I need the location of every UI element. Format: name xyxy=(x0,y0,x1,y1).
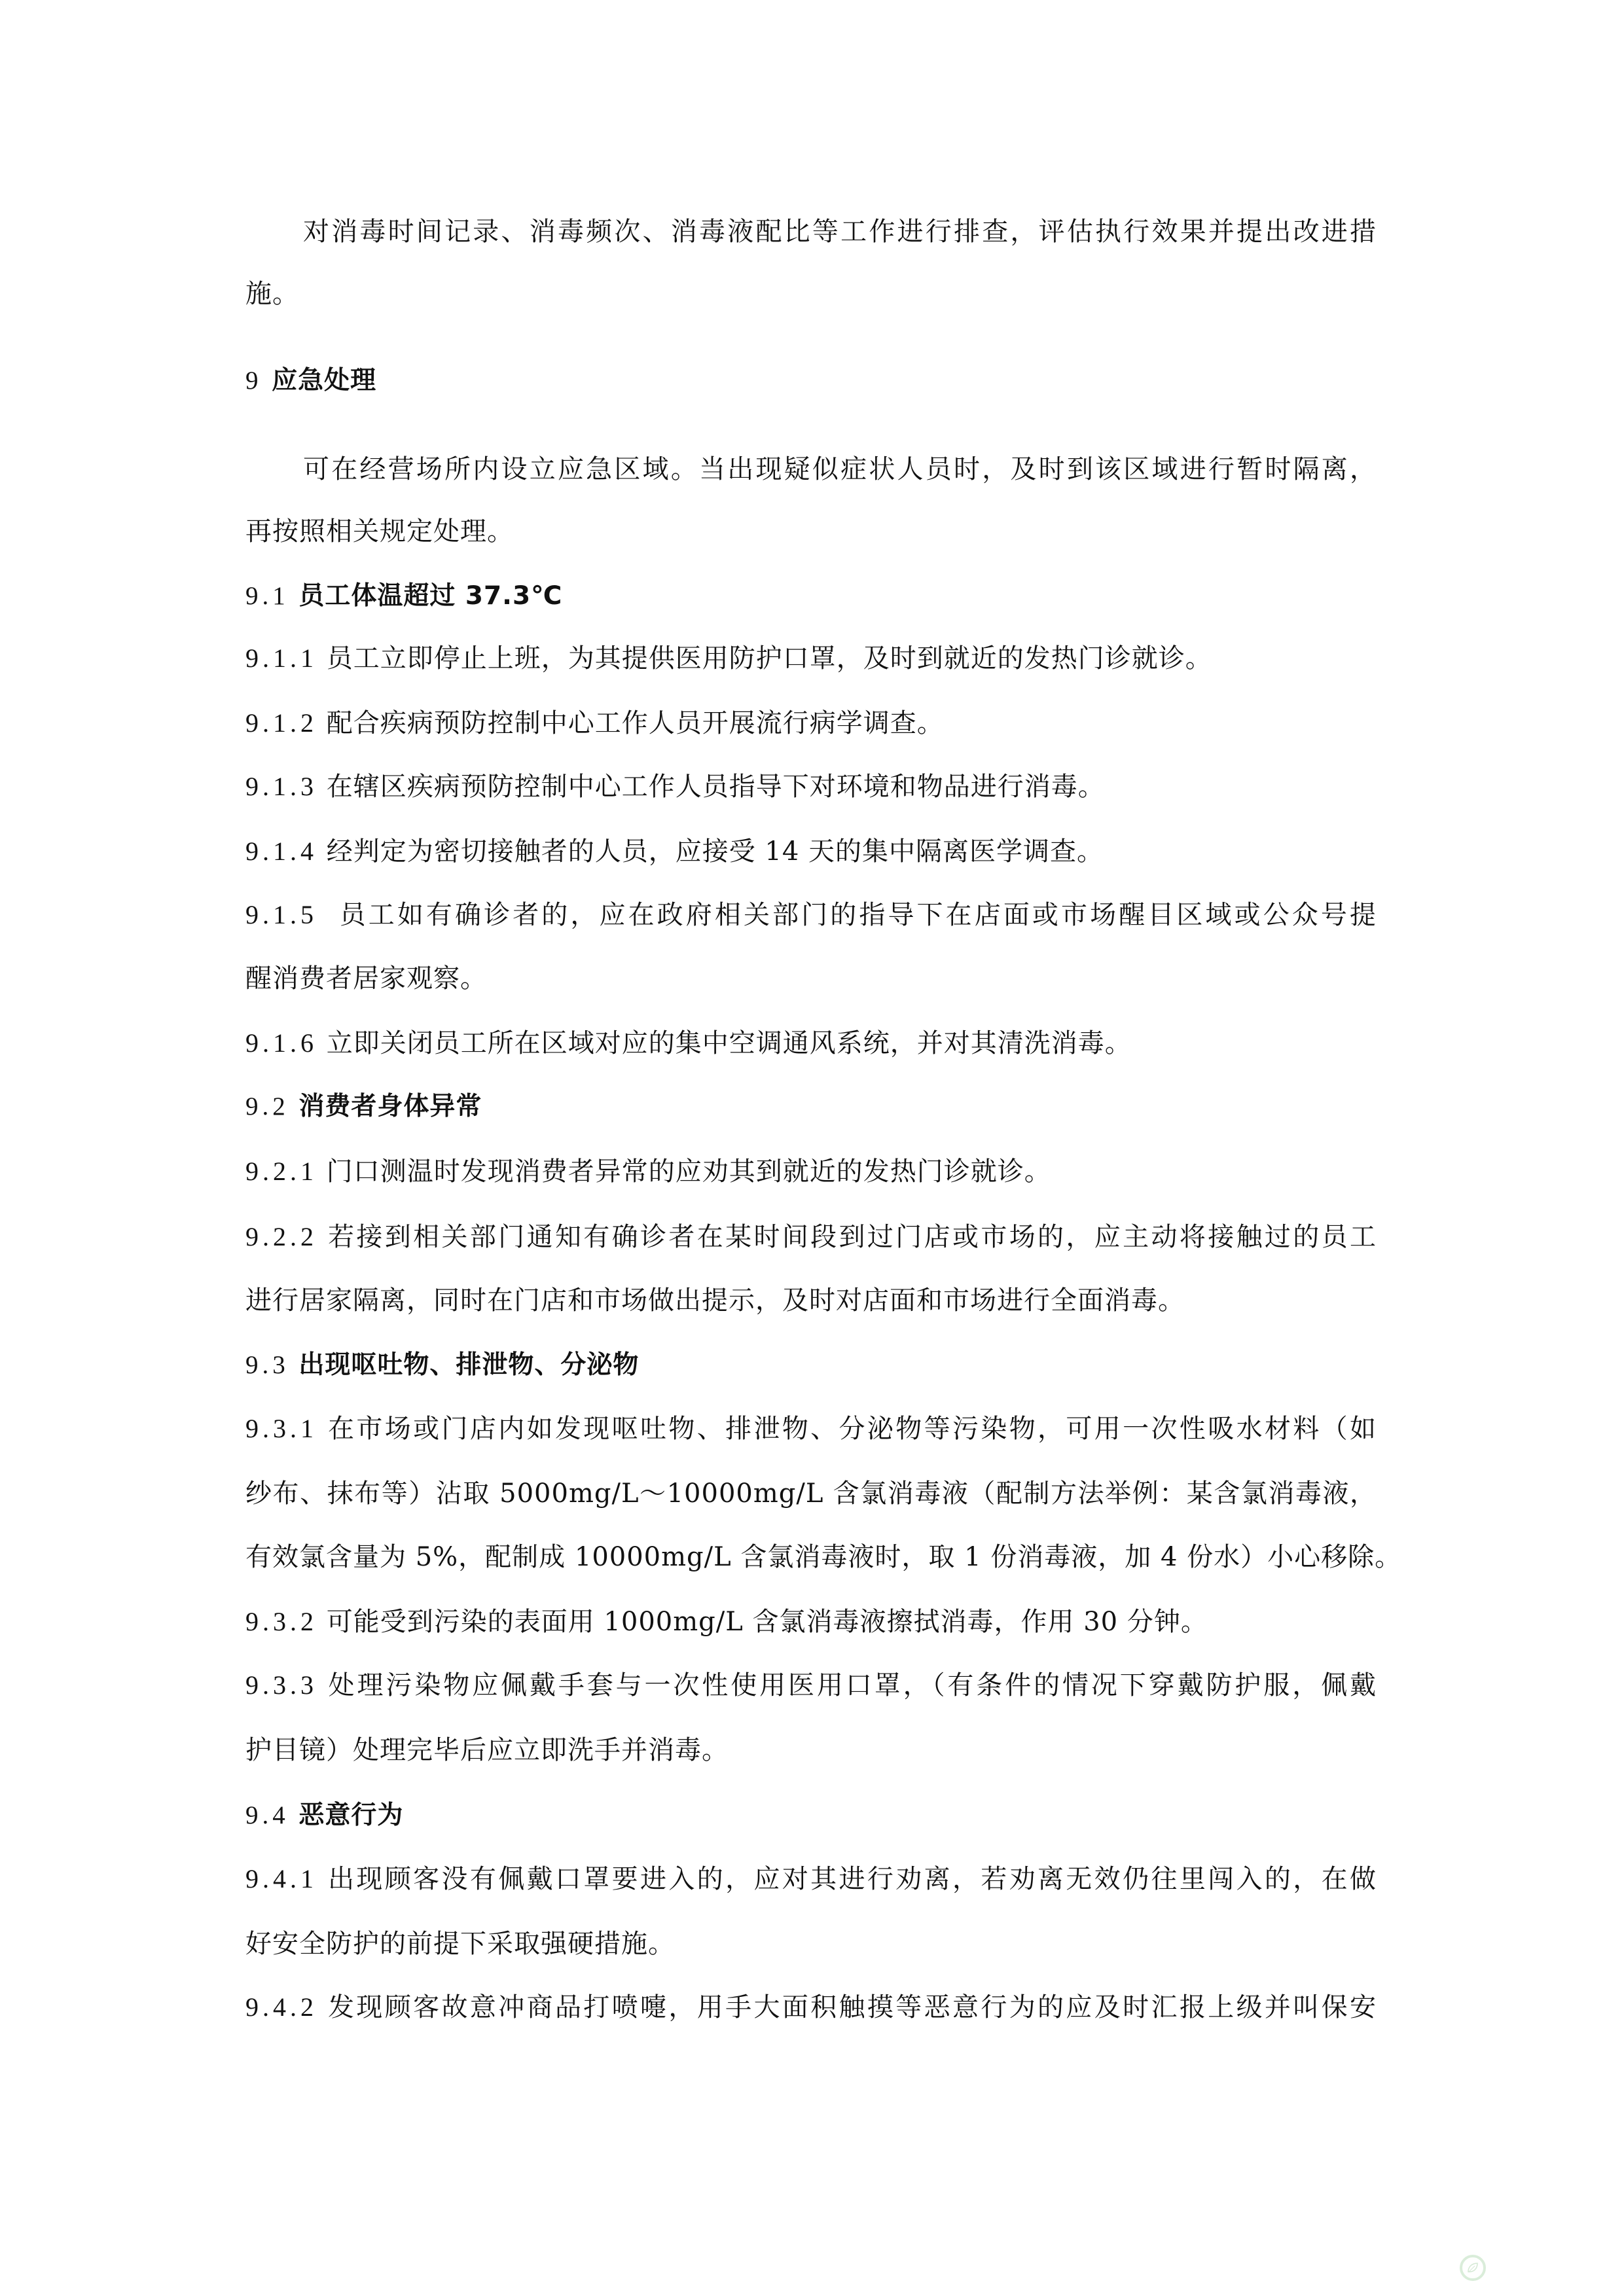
clause-text: 配合疾病预防控制中心工作人员开展流行病学调查。 xyxy=(327,708,944,738)
clause-text: 可能受到污染的表面用 1000mg/L 含氯消毒液擦拭消毒，作用 30 分钟。 xyxy=(327,1607,1208,1637)
subsection-heading: 9.1 员工体温超过 37.3℃ xyxy=(245,577,1377,616)
clause-text: 立即关闭员工所在区域对应的集中空调通风系统，并对其清洗消毒。 xyxy=(327,1028,1132,1058)
clause-number: 9.3.1 xyxy=(245,1414,317,1443)
clause-item: 9.3.2 可能受到污染的表面用 1000mg/L 含氯消毒液擦拭消毒，作用 3… xyxy=(245,1602,1377,1641)
clause-number: 9.1.2 xyxy=(245,708,317,738)
subsection-heading: 9.4 恶意行为 xyxy=(245,1796,1377,1835)
section-heading: 9 应急处理 xyxy=(245,361,1377,401)
section-number: 9 xyxy=(245,367,262,395)
section-number: 9.2 xyxy=(245,1092,289,1121)
clause-number: 9.4.1 xyxy=(245,1864,317,1893)
paragraph-line: 纱布、抹布等）沾取 5000mg/L～10000mg/L 含氯消毒液（配制方法举… xyxy=(245,1474,1377,1513)
clause-text: 出现顾客没有佩戴口罩要进入的，应对其进行劝离，若劝离无效仍往里闯入的，在做 xyxy=(328,1864,1377,1894)
subsection-heading: 9.3 出现呕吐物、排泄物、分泌物 xyxy=(245,1346,1377,1385)
clause-text: 发现顾客故意冲商品打喷嚏，用手大面积触摸等恶意行为的应及时汇报上级并叫保安 xyxy=(328,1992,1377,2022)
clause-number: 9.1.6 xyxy=(245,1028,317,1058)
paragraph-line: 好安全防护的前提下采取强硬措施。 xyxy=(245,1924,1377,1964)
clause-item: 9.1.1 员工立即停止上班，为其提供医用防护口罩，及时到就近的发热门诊就诊。 xyxy=(245,639,1377,678)
clause-text: 若接到相关部门通知有确诊者在某时间段到过门店或市场的，应主动将接触过的员工 xyxy=(328,1222,1377,1252)
paragraph-line: 有效氯含量为 5%，配制成 10000mg/L 含氯消毒液时，取 1 份消毒液，… xyxy=(245,1537,1377,1577)
section-title: 员工体温超过 37.3℃ xyxy=(298,581,562,611)
leaf-seal-icon xyxy=(1460,2255,1486,2281)
clause-text: 处理污染物应佩戴手套与一次性使用医用口罩，（有条件的情况下穿戴防护服，佩戴 xyxy=(329,1670,1377,1700)
paragraph-line: 护目镜）处理完毕后应立即洗手并消毒。 xyxy=(245,1731,1377,1770)
clause-text: 在市场或门店内如发现呕吐物、排泄物、分泌物等污染物，可用一次性吸水材料（如 xyxy=(328,1414,1377,1444)
section-number: 9.4 xyxy=(245,1801,289,1829)
clause-item: 9.3.1 在市场或门店内如发现呕吐物、排泄物、分泌物等污染物，可用一次性吸水材… xyxy=(245,1409,1377,1448)
clause-number: 9.3.2 xyxy=(245,1607,317,1636)
section-title: 消费者身体异常 xyxy=(298,1092,482,1121)
clause-item: 9.4.1 出现顾客没有佩戴口罩要进入的，应对其进行劝离，若劝离无效仍往里闯入的… xyxy=(245,1859,1377,1899)
paragraph-line: 可在经营场所内设立应急区域。当出现疑似症状人员时，及时到该区域进行暂时隔离， xyxy=(245,450,1377,489)
clause-item: 9.4.2 发现顾客故意冲商品打喷嚏，用手大面积触摸等恶意行为的应及时汇报上级并… xyxy=(245,1988,1377,2027)
section-title: 出现呕吐物、排泄物、分泌物 xyxy=(298,1350,639,1380)
clause-item: 9.2.2 若接到相关部门通知有确诊者在某时间段到过门店或市场的，应主动将接触过… xyxy=(245,1217,1377,1257)
clause-number: 9.3.3 xyxy=(245,1670,317,1700)
section-title: 恶意行为 xyxy=(298,1801,403,1830)
clause-text: 经判定为密切接触者的人员，应接受 14 天的集中隔离医学调查。 xyxy=(327,836,1104,867)
clause-item: 9.1.5 员工如有确诊者的，应在政府相关部门的指导下在店面或市场醒目区域或公众… xyxy=(245,895,1377,935)
clause-number: 9.1.5 xyxy=(245,900,317,929)
clause-number: 9.1.4 xyxy=(245,836,317,866)
clause-item: 9.1.6 立即关闭员工所在区域对应的集中空调通风系统，并对其清洗消毒。 xyxy=(245,1024,1377,1063)
clause-number: 9.4.2 xyxy=(245,1992,317,2022)
subsection-heading: 9.2 消费者身体异常 xyxy=(245,1087,1377,1126)
clause-text: 在辖区疾病预防控制中心工作人员指导下对环境和物品进行消毒。 xyxy=(327,772,1105,802)
document-page: 对消毒时间记录、消毒频次、消毒液配比等工作进行排查，评估执行效果并提出改进措 施… xyxy=(0,0,1624,2296)
section-number: 9.1 xyxy=(245,582,289,610)
clause-item: 9.1.3 在辖区疾病预防控制中心工作人员指导下对环境和物品进行消毒。 xyxy=(245,767,1377,806)
clause-text: 门口测温时发现消费者异常的应劝其到就近的发热门诊就诊。 xyxy=(327,1157,1051,1187)
section-title: 应急处理 xyxy=(272,366,376,395)
clause-number: 9.1.3 xyxy=(245,772,317,801)
paragraph-line: 施。 xyxy=(245,274,1377,314)
clause-text: 员工如有确诊者的，应在政府相关部门的指导下在店面或市场醒目区域或公众号提 xyxy=(329,900,1377,930)
paragraph-line: 再按照相关规定处理。 xyxy=(245,512,1377,551)
paragraph-line: 醒消费者居家观察。 xyxy=(245,959,1377,998)
clause-item: 9.3.3 处理污染物应佩戴手套与一次性使用医用口罩，（有条件的情况下穿戴防护服… xyxy=(245,1666,1377,1705)
section-number: 9.3 xyxy=(245,1351,289,1379)
clause-item: 9.2.1 门口测温时发现消费者异常的应劝其到就近的发热门诊就诊。 xyxy=(245,1152,1377,1191)
clause-text: 员工立即停止上班，为其提供医用防护口罩，及时到就近的发热门诊就诊。 xyxy=(327,643,1212,673)
leaf-icon xyxy=(1466,2261,1480,2275)
clause-item: 9.1.2 配合疾病预防控制中心工作人员开展流行病学调查。 xyxy=(245,704,1377,743)
clause-number: 9.2.1 xyxy=(245,1157,317,1186)
clause-number: 9.2.2 xyxy=(245,1222,317,1251)
clause-item: 9.1.4 经判定为密切接触者的人员，应接受 14 天的集中隔离医学调查。 xyxy=(245,832,1377,871)
paragraph-line: 对消毒时间记录、消毒频次、消毒液配比等工作进行排查，评估执行效果并提出改进措 xyxy=(245,212,1377,251)
clause-number: 9.1.1 xyxy=(245,643,317,673)
paragraph-line: 进行居家隔离，同时在门店和市场做出提示，及时对店面和市场进行全面消毒。 xyxy=(245,1281,1377,1320)
